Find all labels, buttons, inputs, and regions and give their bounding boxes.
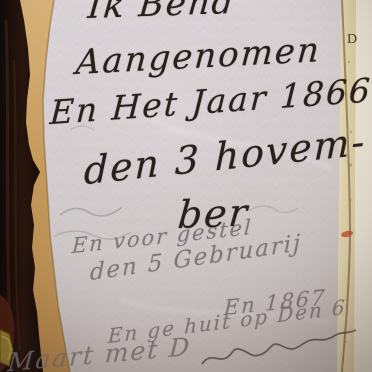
book-page-photo: Ik Bend Aangenomen En Het Jaar 1866 den … [0, 0, 372, 372]
facing-page-letter: D [347, 32, 357, 48]
